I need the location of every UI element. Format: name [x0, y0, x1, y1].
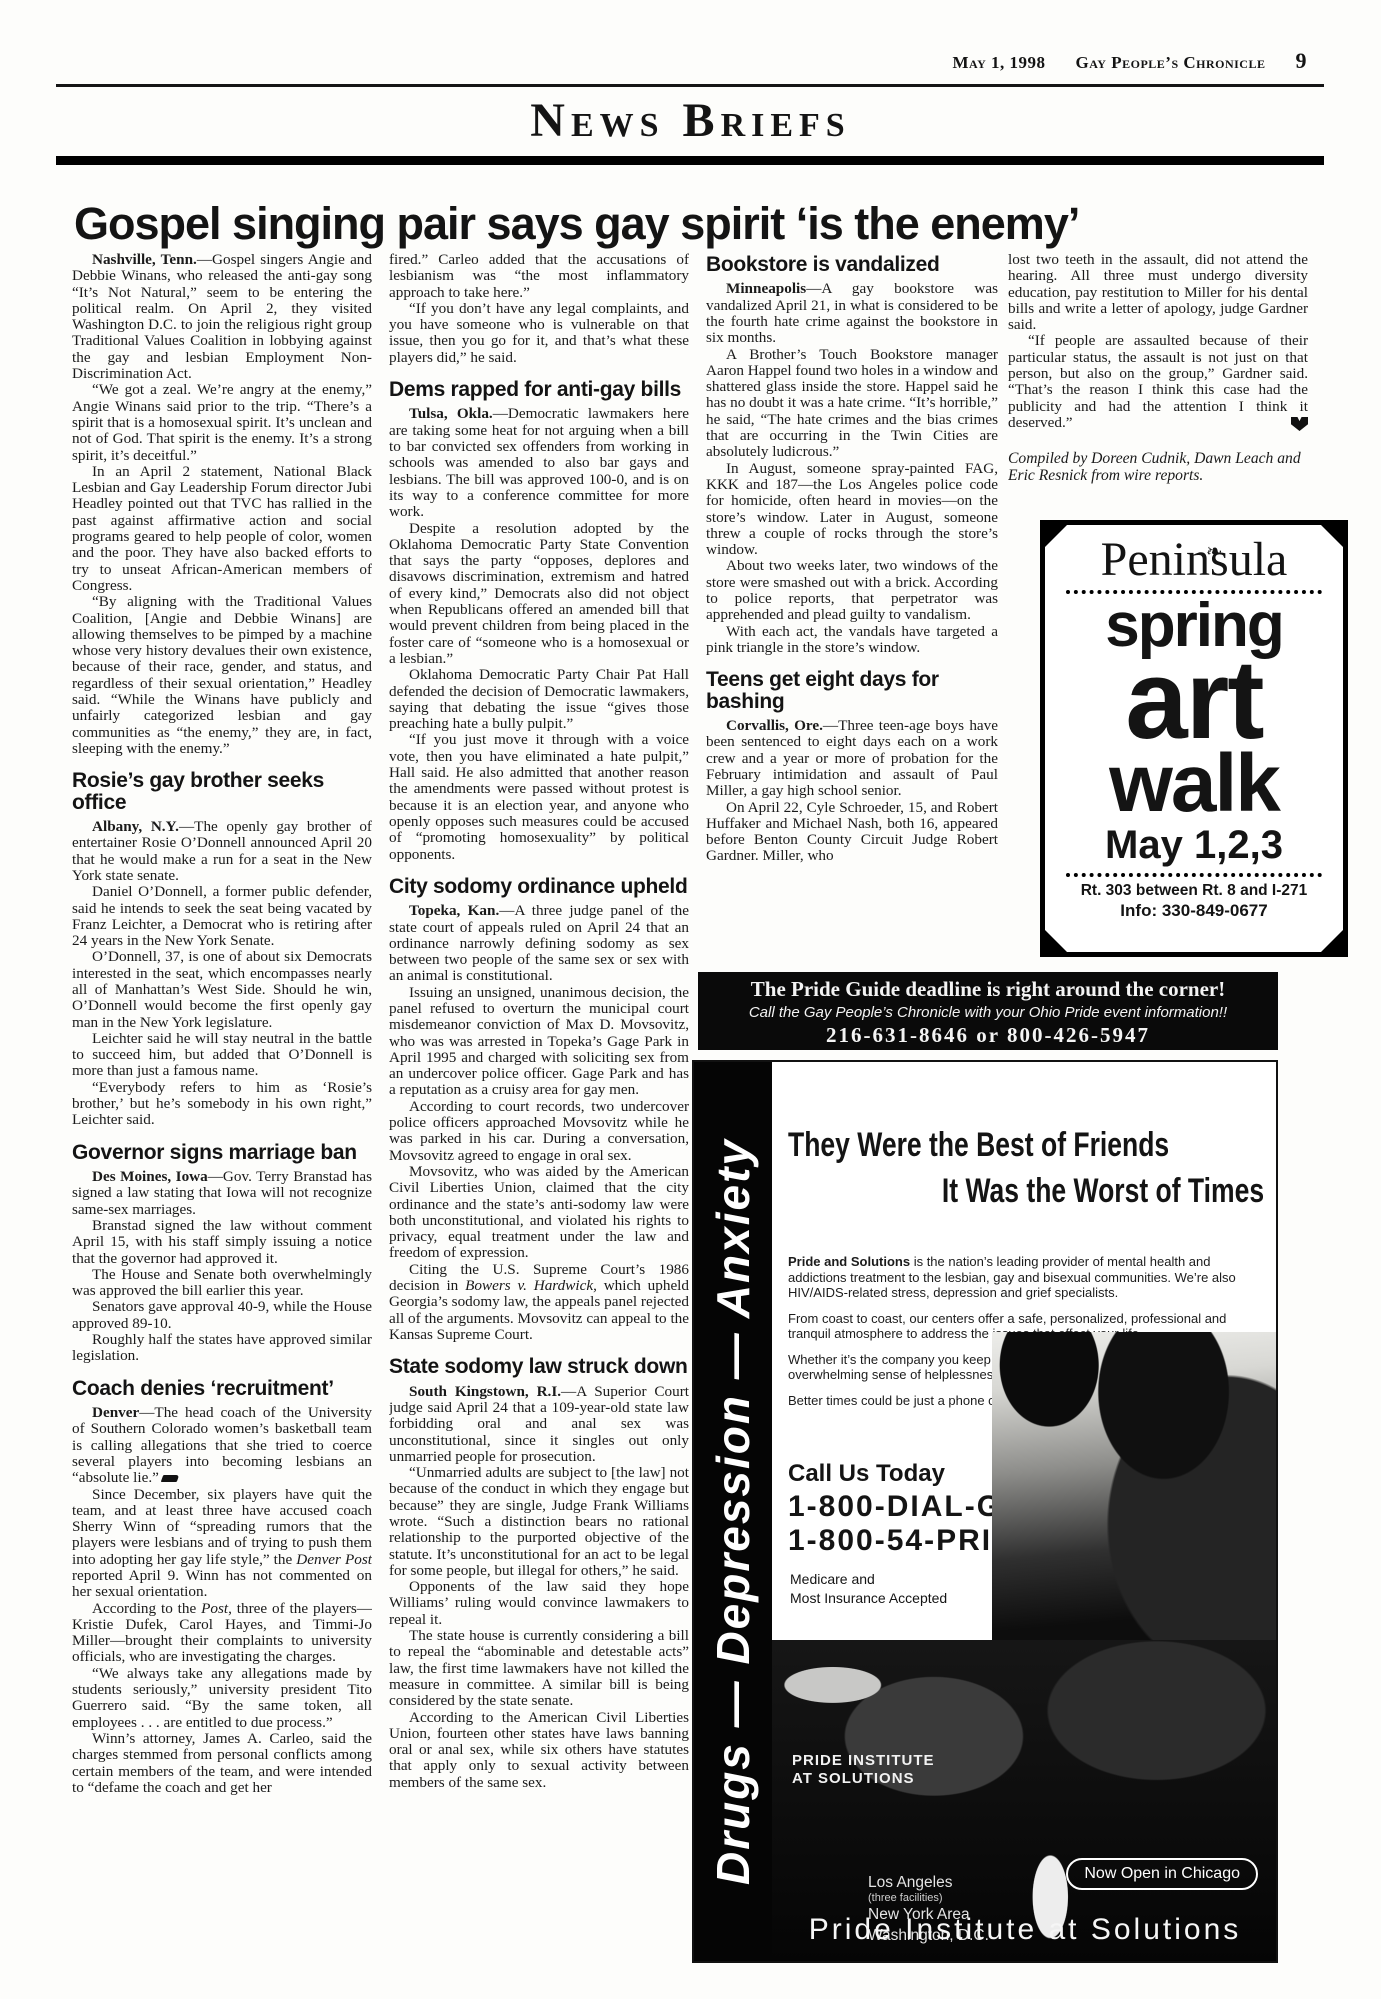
banner-headline: The Pride Guide deadline is right around… — [698, 977, 1278, 1002]
article-paragraph: With each act, the vandals have targeted… — [706, 624, 998, 657]
ad-corner-decoration — [1043, 928, 1069, 954]
article-paragraph: “We always take any allegations made by … — [72, 1666, 372, 1731]
insurance-note: Medicare and Most Insurance Accepted — [790, 1570, 947, 1608]
article-paragraph: “We got a zeal. We’re angry at the enemy… — [72, 382, 372, 463]
ink-smudge — [161, 1475, 180, 1482]
article-paragraph: Senators gave approval 40-9, while the H… — [72, 1299, 372, 1332]
article-paragraph: A Brother’s Touch Bookstore manager Aaro… — [706, 347, 998, 461]
article-paragraph: Leichter said he will stay neutral in th… — [72, 1031, 372, 1080]
article-column-3: Bookstore is vandalizedMinneapolis—A gay… — [706, 252, 998, 962]
ad-photo-upper — [992, 1332, 1278, 1664]
brief-heading: Dems rapped for anti-gay bills — [389, 379, 689, 400]
sidebar-vertical-text: Drugs — Depression — Anxiety — [694, 1062, 772, 1961]
article-column-2: fired.” Carleo added that the accusation… — [389, 252, 689, 1997]
article-paragraph: O’Donnell, 37, is one of about six Democ… — [72, 949, 372, 1030]
section-word: News — [530, 92, 664, 155]
article-paragraph: Albany, N.Y.—The openly gay brother of e… — [72, 819, 372, 884]
article-paragraph: Denver—The head coach of the University … — [72, 1405, 372, 1486]
brief-heading: Governor signs marriage ban — [72, 1142, 372, 1163]
page-headline: Gospel singing pair says gay spirit ‘is … — [74, 200, 1324, 247]
brief-heading: Rosie’s gay brother seeks office — [72, 770, 372, 813]
article-paragraph: lost two teeth in the assault, did not a… — [1008, 252, 1308, 333]
peninsula-art-walk-ad: Peninsula❧ spring art walk May 1,2,3 Rt.… — [1040, 520, 1348, 957]
ad-corner-decoration — [1319, 928, 1345, 954]
banner-phone-numbers: 216-631-8646 or 800-426-5947 — [698, 1023, 1278, 1048]
article-paragraph: Nashville, Tenn.—Gospel singers Angie an… — [72, 252, 372, 382]
article-paragraph: “Everybody refers to him as ‘Rosie’s bro… — [72, 1080, 372, 1129]
ad-photo-lower: PRIDE INSTITUTE AT SOLUTIONS Los Angeles… — [772, 1640, 1278, 1961]
end-of-story-mark — [1291, 417, 1308, 431]
article-paragraph: The state house is currently considering… — [389, 1628, 689, 1709]
article-paragraph: “Unmarried adults are subject to [the la… — [389, 1465, 689, 1579]
article-paragraph: Roughly half the states have approved si… — [72, 1332, 372, 1365]
article-paragraph: “If you just move it through with a voic… — [389, 732, 689, 862]
event-dates: May 1,2,3 — [1045, 822, 1343, 868]
brief-heading: Bookstore is vandalized — [706, 254, 998, 275]
article-paragraph: On April 22, Cyle Schroeder, 15, and Rob… — [706, 800, 998, 865]
article-paragraph: According to the Post, three of the play… — [72, 1601, 372, 1666]
call-us-label: Call Us Today — [788, 1460, 945, 1488]
article-paragraph: According to the American Civil Libertie… — [389, 1710, 689, 1791]
event-location: Rt. 303 between Rt. 8 and I-271 — [1045, 881, 1343, 900]
ad-paragraph: Pride and Solutions is the nation’s lead… — [788, 1254, 1266, 1301]
article-paragraph: Issuing an unsigned, unanimous decision,… — [389, 985, 689, 1099]
article-paragraph: Topeka, Kan.—A three judge panel of the … — [389, 903, 689, 984]
article-paragraph: Branstad signed the law without comment … — [72, 1218, 372, 1267]
event-info-phone: Info: 330-849-0677 — [1045, 900, 1343, 921]
issue-date: May 1, 1998 — [952, 53, 1045, 73]
page-number: 9 — [1296, 48, 1308, 74]
article-paragraph: Despite a resolution adopted by the Okla… — [389, 521, 689, 668]
ad-footer-name: Pride Institute at Solutions — [772, 1913, 1278, 1947]
article-paragraph: In an April 2 statement, National Black … — [72, 464, 372, 594]
article-paragraph: Des Moines, Iowa—Gov. Terry Branstad has… — [72, 1169, 372, 1218]
pride-institute-ad: Drugs — Depression — Anxiety They Were t… — [692, 1060, 1278, 1963]
masthead-rule — [56, 84, 1324, 87]
article-paragraph: fired.” Carleo added that the accusation… — [389, 252, 689, 301]
article-paragraph: Tulsa, Okla.—Democratic lawmakers here a… — [389, 406, 689, 520]
article-paragraph: Citing the U.S. Supreme Court’s 1986 dec… — [389, 1262, 689, 1343]
section-word: Briefs — [683, 92, 851, 155]
article-paragraph: Since December, six players have quit th… — [72, 1487, 372, 1601]
article-paragraph: “By aligning with the Traditional Values… — [72, 594, 372, 757]
article-paragraph: Oklahoma Democratic Party Chair Pat Hall… — [389, 667, 689, 732]
article-paragraph: “If people are assaulted because of thei… — [1008, 333, 1308, 431]
photo-credit: Photo: Martin Riter — [1276, 1760, 1278, 1852]
peninsula-brand: Peninsula❧ — [1045, 535, 1343, 585]
dotted-divider — [1066, 873, 1322, 877]
article-paragraph: The House and Senate both overwhelmingly… — [72, 1267, 372, 1300]
compiled-credit: Compiled by Doreen Cudnik, Dawn Leach an… — [1008, 451, 1308, 484]
article-paragraph: About two weeks later, two windows of th… — [706, 558, 998, 623]
article-paragraph: “If you don’t have any legal complaints,… — [389, 301, 689, 366]
brief-heading: Coach denies ‘recruitment’ — [72, 1378, 372, 1399]
publication-name: Gay People’s Chronicle — [1076, 53, 1266, 73]
article-paragraph: Opponents of the law said they hope Will… — [389, 1579, 689, 1628]
pride-guide-banner: The Pride Guide deadline is right around… — [698, 972, 1278, 1050]
ad-word-walk: walk — [1045, 746, 1343, 822]
article-paragraph: According to court records, two undercov… — [389, 1099, 689, 1164]
article-column-1: Nashville, Tenn.—Gospel singers Angie an… — [72, 252, 372, 1932]
article-paragraph: Minneapolis—A gay bookstore was vandaliz… — [706, 281, 998, 346]
brief-heading: City sodomy ordinance upheld — [389, 876, 689, 897]
location-note: (three facilities) — [868, 1893, 989, 1904]
brief-heading: State sodomy law struck down — [389, 1356, 689, 1377]
article-paragraph: Daniel O’Donnell, a former public defend… — [72, 884, 372, 949]
location-item: Los Angeles — [868, 1872, 989, 1893]
ad-headline-line1: They Were the Best of Friends — [788, 1126, 1169, 1165]
article-paragraph: Corvallis, Ore.—Three teen-age boys have… — [706, 718, 998, 799]
article-paragraph: Winn’s attorney, James A. Carleo, said t… — [72, 1731, 372, 1796]
ad-sidebar: Drugs — Depression — Anxiety — [694, 1062, 772, 1961]
article-paragraph: South Kingstown, R.I.—A Superior Court j… — [389, 1384, 689, 1465]
section-rule — [56, 156, 1324, 165]
ad-headline-line2: It Was the Worst of Times — [942, 1172, 1264, 1211]
article-paragraph: In August, someone spray-painted FAG, KK… — [706, 461, 998, 559]
section-title: NewsBriefs — [0, 92, 1381, 155]
pride-institute-logo: PRIDE INSTITUTE AT SOLUTIONS — [792, 1752, 935, 1788]
leaf-icon: ❧ — [1206, 527, 1223, 577]
brief-heading: Teens get eight days for bashing — [706, 669, 998, 712]
banner-subline: Call the Gay People’s Chronicle with you… — [698, 1002, 1278, 1023]
ad-word-art: art — [1045, 654, 1343, 746]
masthead: May 1, 1998 Gay People’s Chronicle 9 — [952, 48, 1307, 74]
now-open-chicago-badge: Now Open in Chicago — [1066, 1858, 1258, 1890]
article-paragraph: Movsovitz, who was aided by the American… — [389, 1164, 689, 1262]
newspaper-page: May 1, 1998 Gay People’s Chronicle 9 New… — [0, 0, 1381, 1999]
